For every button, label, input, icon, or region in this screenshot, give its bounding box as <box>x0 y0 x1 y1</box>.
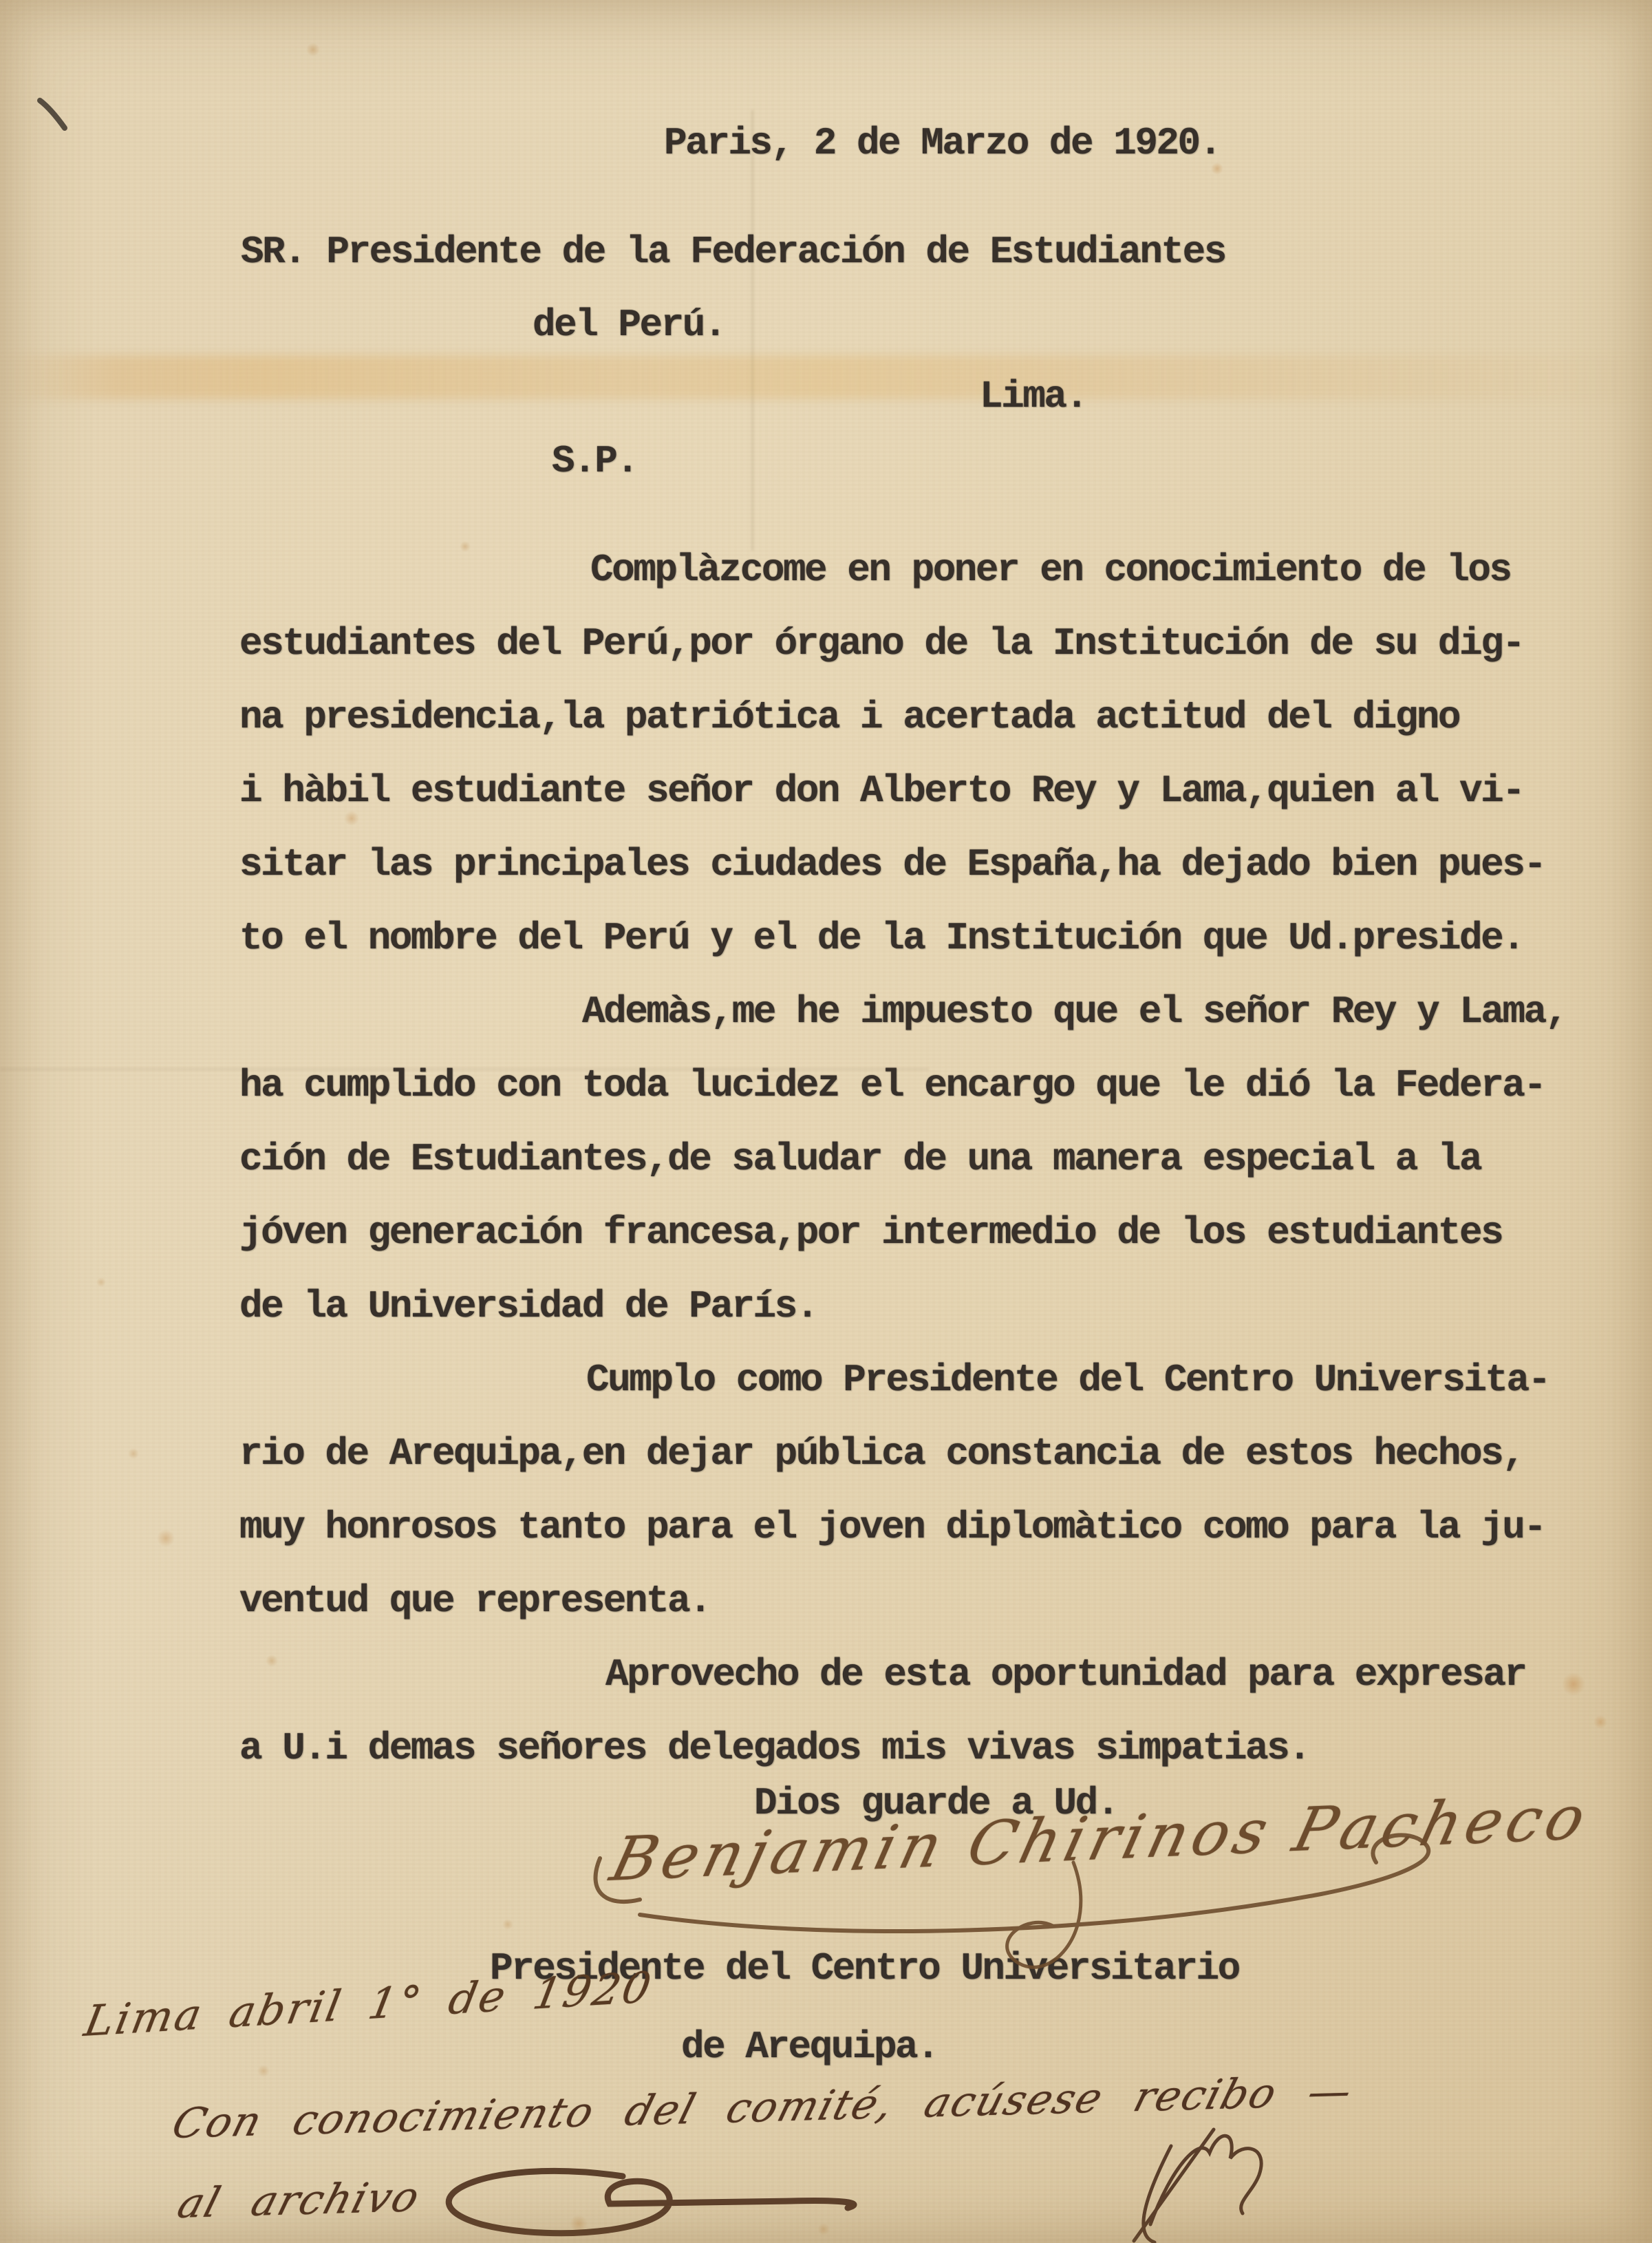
body-line: jóven generación francesa,por intermedio… <box>239 1213 1502 1252</box>
body-line: a U.i demas señores delegados mis vivas … <box>239 1729 1309 1767</box>
foxing-spot <box>257 2065 270 2077</box>
body-line: Cumplo como Presidente del Centro Univer… <box>586 1361 1549 1399</box>
foxing-spot <box>502 1919 513 1930</box>
body-line: Aprovecho de esta oportunidad para expre… <box>605 1655 1526 1694</box>
foxing-spot <box>817 2223 830 2235</box>
dateline: Paris, 2 de Marzo de 1920. <box>664 124 1221 162</box>
handwritten-received-note: Lima abril 1° de 1920 <box>81 1966 656 2043</box>
body-line: Ademàs,me he impuesto que el señor Rey y… <box>582 992 1567 1031</box>
filing-note-rubric <box>449 2171 854 2233</box>
salutation: S.P. <box>552 442 637 480</box>
vertical-crease <box>751 110 753 551</box>
annotation-initials-rubric <box>1134 2129 1261 2242</box>
body-line: ventud que representa. <box>239 1582 710 1620</box>
handwritten-filing-note-line-1: Con conocimiento del comité, acúsese rec… <box>168 2071 1358 2145</box>
body-line: rio de Arequipa,en dejar pública constan… <box>239 1434 1523 1473</box>
body-line: i hàbil estudiante señor don Alberto Rey… <box>239 772 1523 810</box>
letter-scan-page: Paris, 2 de Marzo de 1920. SR. President… <box>0 0 1652 2243</box>
handwritten-filing-note-line-2: al archivo <box>173 2176 425 2224</box>
foxing-spot <box>306 43 320 56</box>
body-line: estudiantes del Perú,por órgano de la In… <box>239 624 1523 663</box>
foxing-spot <box>344 811 359 826</box>
recipient-line-1: SR. Presidente de la Federación de Estud… <box>241 233 1225 271</box>
pen-tick-mark <box>40 100 65 128</box>
body-line: ha cumplido con toda lucidez el encargo … <box>239 1066 1545 1105</box>
body-line: to el nombre del Perú y el de la Institu… <box>239 919 1523 957</box>
foxing-spot <box>266 1655 278 1667</box>
body-line: ción de Estudiantes,de saludar de una ma… <box>239 1140 1481 1178</box>
foxing-spot <box>1562 1672 1585 1696</box>
recipient-line-2: del Perú. <box>533 306 725 344</box>
signature-origin: de Arequipa. <box>681 2028 938 2066</box>
foxing-spot <box>1594 1715 1607 1729</box>
foxing-spot <box>96 1277 106 1287</box>
body-line: Complàzcome en poner en conocimiento de … <box>590 551 1511 589</box>
horizontal-stain-band <box>0 355 1652 399</box>
foxing-spot <box>460 541 471 552</box>
foxing-spot <box>128 1448 139 1459</box>
body-line: na presidencia,la patriótica i acertada … <box>239 698 1459 736</box>
foxing-spot <box>570 2215 588 2233</box>
foxing-spot <box>157 1529 175 1547</box>
body-line: de la Universidad de París. <box>239 1287 817 1326</box>
recipient-city: Lima. <box>980 377 1087 416</box>
body-line: sitar las principales ciudades de España… <box>239 845 1545 884</box>
body-line: muy honrosos tanto para el joven diplomà… <box>239 1508 1545 1546</box>
pen-stroke-overlay <box>0 0 1652 2243</box>
